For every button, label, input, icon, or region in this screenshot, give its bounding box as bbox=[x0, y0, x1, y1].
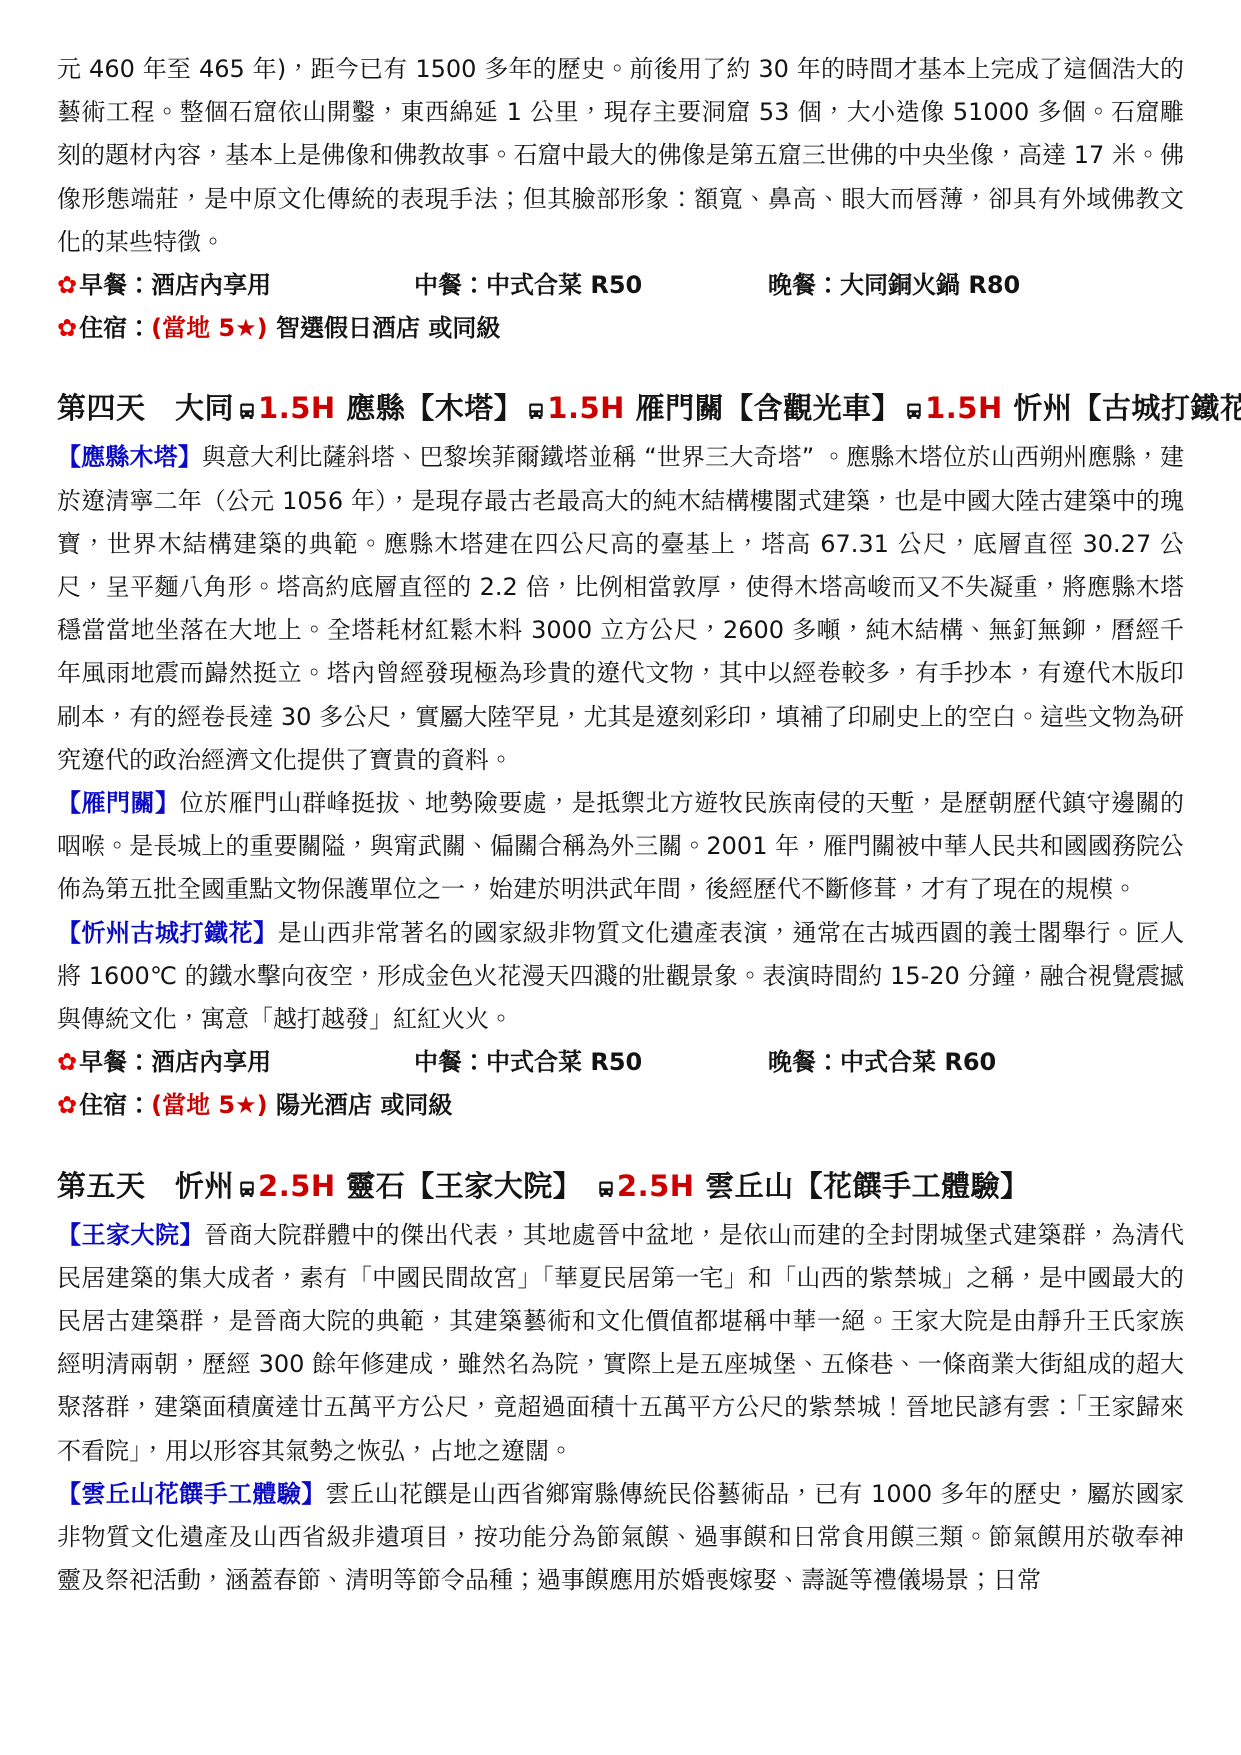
day4-leg1-time: 1.5H bbox=[258, 391, 336, 425]
day4-lodging-label: 住宿： bbox=[79, 1091, 151, 1119]
section-wang-courtyard: 【王家大院】晉商大院群體中的傑出代表，其地處晉中盆地，是依山而建的全封閉城堡式建… bbox=[57, 1214, 1184, 1473]
day4-meals-line: ✿早餐：酒店內享用 中餐：中式合菜 R50 晚餐：中式合菜 R60 bbox=[57, 1041, 1184, 1084]
flower-icon: ✿ bbox=[57, 271, 77, 299]
section-label: 【雲丘山花饌手工體驗】 bbox=[57, 1480, 326, 1508]
intro-text: 元 460 年至 465 年)，距今已有 1500 多年的歷史。前後用了約 30… bbox=[57, 55, 1184, 256]
day4-leg2-dest: 雁門關【含觀光車】 bbox=[636, 391, 902, 425]
day4-lodging: ✿住宿：(當地 5★) 陽光酒店 或同級 bbox=[57, 1084, 452, 1127]
flower-icon: ✿ bbox=[57, 1048, 77, 1076]
day3-lunch-label: 中餐：中式合菜 R50 bbox=[414, 264, 768, 307]
day4-leg3-dest: 忻州【古城打鐵花】 bbox=[1013, 391, 1241, 425]
day4-leg2-time: 1.5H bbox=[547, 391, 625, 425]
section-label: 【應縣木塔】 bbox=[57, 443, 202, 471]
section-label: 【忻州古城打鐵花】 bbox=[57, 919, 278, 947]
section-xinzhou-iron-flower: 【忻州古城打鐵花】是山西非常著名的國家級非物質文化遺產表演，通常在古城西園的義士… bbox=[57, 912, 1184, 1042]
bus-icon bbox=[597, 1180, 615, 1198]
flower-icon: ✿ bbox=[57, 1091, 77, 1119]
flower-icon: ✿ bbox=[57, 314, 77, 342]
day3-lodging-label: 住宿： bbox=[79, 314, 151, 342]
day4-leg3-time: 1.5H bbox=[925, 391, 1003, 425]
day4-hotel-name: 陽光酒店 或同級 bbox=[268, 1091, 453, 1119]
day4-breakfast: ✿早餐：酒店內享用 bbox=[57, 1041, 414, 1084]
day3-breakfast-label: 早餐：酒店內享用 bbox=[79, 271, 271, 299]
itinerary-document: 元 460 年至 465 年)，距今已有 1500 多年的歷史。前後用了約 30… bbox=[57, 48, 1184, 1603]
day4-leg1-dest: 應縣【木塔】 bbox=[346, 391, 523, 425]
bus-icon bbox=[238, 402, 256, 420]
spacer bbox=[57, 350, 1184, 360]
day3-lodging: ✿住宿：(當地 5★) 智選假日酒店 或同級 bbox=[57, 307, 500, 350]
day3-hotel-name: 智選假日酒店 或同級 bbox=[268, 314, 501, 342]
day5-title-prefix: 第五天 忻州 bbox=[57, 1169, 234, 1203]
bus-icon bbox=[905, 402, 923, 420]
day5-title: 第五天 忻州2.5H 靈石【王家大院】 2.5H 雲丘山【花饌手工體驗】 bbox=[57, 1164, 1184, 1208]
bus-icon bbox=[527, 402, 545, 420]
section-yanmen-pass: 【雁門關】位於雁門山群峰挺拔、地勢險要處，是抵禦北方遊牧民族南侵的天塹，是歷朝歷… bbox=[57, 782, 1184, 912]
day4-title-prefix: 第四天 大同 bbox=[57, 391, 234, 425]
spacer bbox=[57, 1128, 1184, 1138]
day3-breakfast: ✿早餐：酒店內享用 bbox=[57, 264, 414, 307]
day3-lodging-line: ✿住宿：(當地 5★) 智選假日酒店 或同級 bbox=[57, 307, 1184, 350]
day4-dinner-label: 晚餐：中式合菜 R60 bbox=[768, 1041, 1184, 1084]
bus-icon bbox=[238, 1180, 256, 1198]
day4-title: 第四天 大同1.5H 應縣【木塔】1.5H 雁門關【含觀光車】1.5H 忻州【古… bbox=[57, 386, 1184, 430]
section-text: 與意大利比薩斜塔、巴黎埃菲爾鐵塔並稱 “世界三大奇塔” 。應縣木塔位於山西朔州應… bbox=[57, 443, 1184, 773]
day5-leg1-dest: 靈石【王家大院】 bbox=[346, 1169, 582, 1203]
day3-hotel-grade: (當地 5★) bbox=[151, 314, 268, 342]
intro-paragraph: 元 460 年至 465 年)，距今已有 1500 多年的歷史。前後用了約 30… bbox=[57, 48, 1184, 264]
day5-leg2-time: 2.5H bbox=[617, 1169, 695, 1203]
day4-lodging-line: ✿住宿：(當地 5★) 陽光酒店 或同級 bbox=[57, 1084, 1184, 1127]
section-yingxian-pagoda: 【應縣木塔】與意大利比薩斜塔、巴黎埃菲爾鐵塔並稱 “世界三大奇塔” 。應縣木塔位… bbox=[57, 436, 1184, 782]
day5-leg2-dest: 雲丘山【花饌手工體驗】 bbox=[705, 1169, 1030, 1203]
section-label: 【雁門關】 bbox=[57, 789, 180, 817]
section-yunqiu-huamo: 【雲丘山花饌手工體驗】雲丘山花饌是山西省鄉甯縣傳統民俗藝術品，已有 1000 多… bbox=[57, 1473, 1184, 1603]
section-text: 晉商大院群體中的傑出代表，其地處晉中盆地，是依山而建的全封閉城堡式建築群，為清代… bbox=[57, 1221, 1184, 1465]
day4-breakfast-label: 早餐：酒店內享用 bbox=[79, 1048, 271, 1076]
day3-meals-line: ✿早餐：酒店內享用 中餐：中式合菜 R50 晚餐：大同銅火鍋 R80 bbox=[57, 264, 1184, 307]
day4-lunch-label: 中餐：中式合菜 R50 bbox=[414, 1041, 768, 1084]
day4-hotel-grade: (當地 5★) bbox=[151, 1091, 268, 1119]
day3-dinner-label: 晚餐：大同銅火鍋 R80 bbox=[768, 264, 1184, 307]
day5-leg1-time: 2.5H bbox=[258, 1169, 336, 1203]
section-label: 【王家大院】 bbox=[57, 1221, 204, 1249]
section-text: 位於雁門山群峰挺拔、地勢險要處，是抵禦北方遊牧民族南侵的天塹，是歷朝歷代鎮守邊關… bbox=[57, 789, 1184, 903]
